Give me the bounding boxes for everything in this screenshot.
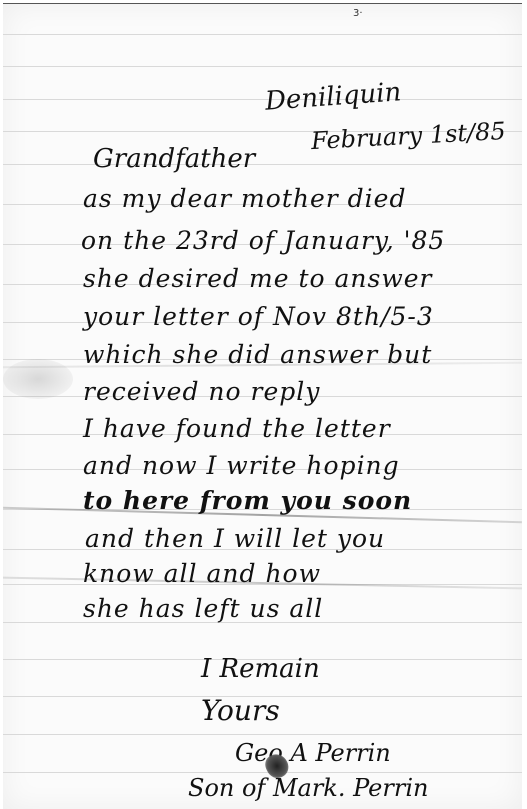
body-line: know all and how — [83, 559, 321, 588]
body-line: your letter of Nov 8th/5-3 — [83, 302, 434, 331]
ruled-line — [3, 164, 522, 165]
body-line: and now I write hoping — [83, 451, 400, 480]
ruled-line — [3, 772, 522, 773]
body-line: on the 23rd of January, '85 — [81, 226, 445, 255]
body-line: she desired me to answer — [83, 264, 432, 293]
body-line: received no reply — [83, 377, 320, 406]
body-line: to here from you soon — [83, 486, 412, 515]
paper-stain — [3, 359, 73, 399]
body-line: as my dear mother died — [83, 184, 406, 213]
page-mark: 3· — [353, 8, 363, 19]
signature-note: Son of Mark. Perrin — [188, 774, 428, 802]
salutation: Grandfather — [93, 144, 255, 174]
body-line: and then I will let you — [85, 524, 385, 553]
body-line: she has left us all — [83, 594, 323, 623]
ruled-line — [3, 99, 522, 100]
letter-place: Deniliquin — [264, 77, 402, 116]
letter-date: February 1st/85 — [310, 117, 506, 155]
body-line: I have found the letter — [83, 414, 391, 443]
body-line: which she did answer but — [83, 340, 432, 369]
letter-page: 3· Deniliquin February 1st/85 Grandfathe… — [3, 3, 522, 809]
closing-yours: Yours — [201, 694, 280, 727]
signature: Geo A Perrin — [235, 739, 391, 767]
ruled-line — [3, 66, 522, 67]
closing-remain: I Remain — [201, 654, 320, 684]
ruled-line — [3, 34, 522, 35]
ruled-line — [3, 734, 522, 735]
